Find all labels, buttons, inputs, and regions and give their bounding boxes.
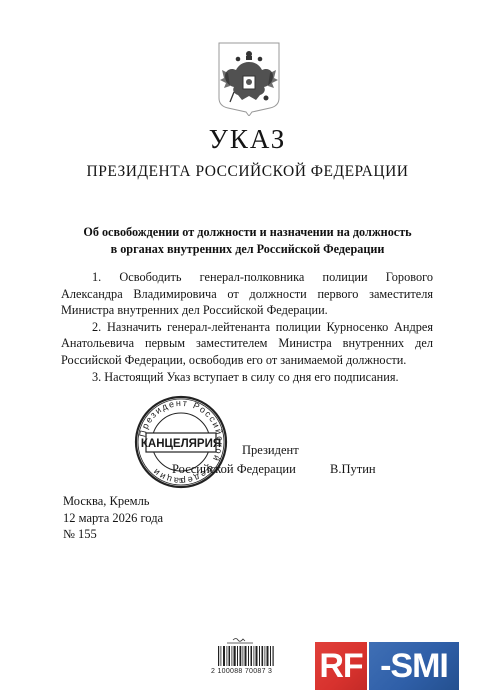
decree-date: 12 марта 2026 года bbox=[63, 510, 163, 527]
signature-title-line2: Российской Федерации bbox=[172, 462, 296, 477]
coat-of-arms-icon bbox=[216, 40, 282, 116]
watermark-rf-text: RF bbox=[319, 647, 362, 686]
decree-heading: Об освобождении от должности и назначени… bbox=[40, 224, 455, 258]
decree-place: Москва, Кремль bbox=[63, 493, 163, 510]
signature-name: В.Путин bbox=[330, 462, 376, 477]
watermark-smi-text: -SMI bbox=[380, 647, 448, 686]
decree-paragraph-2: 2. Назначить генерал-лейтенанта полиции … bbox=[61, 319, 433, 369]
heading-line-1: Об освобождении от должности и назначени… bbox=[40, 224, 455, 241]
decree-title: УКАЗ bbox=[0, 124, 495, 155]
watermark-rf: RF bbox=[315, 642, 367, 690]
decree-page: УКАЗ ПРЕЗИДЕНТА РОССИЙСКОЙ ФЕДЕРАЦИИ Об … bbox=[0, 0, 495, 700]
decree-paragraph-3: 3. Настоящий Указ вступает в силу со дня… bbox=[61, 369, 433, 386]
barcode-digits: 2 100088 70087 3 bbox=[211, 668, 291, 675]
signature-title-line1: Президент bbox=[242, 443, 299, 458]
watermark-smi: -SMI bbox=[369, 642, 459, 690]
barcode-icon bbox=[213, 636, 283, 686]
stamp-number: 5 bbox=[179, 478, 183, 485]
decree-subtitle: ПРЕЗИДЕНТА РОССИЙСКОЙ ФЕДЕРАЦИИ bbox=[0, 163, 495, 181]
decree-place-date: Москва, Кремль 12 марта 2026 года № 155 bbox=[63, 493, 163, 543]
heading-line-2: в органах внутренних дел Российской Феде… bbox=[40, 241, 455, 258]
decree-number: № 155 bbox=[63, 526, 163, 543]
decree-body: 1. Освободить генерал-полковника полиции… bbox=[61, 269, 433, 385]
stamp-center-text: КАНЦЕЛЯРИЯ bbox=[141, 438, 221, 450]
decree-paragraph-1: 1. Освободить генерал-полковника полиции… bbox=[61, 269, 433, 319]
